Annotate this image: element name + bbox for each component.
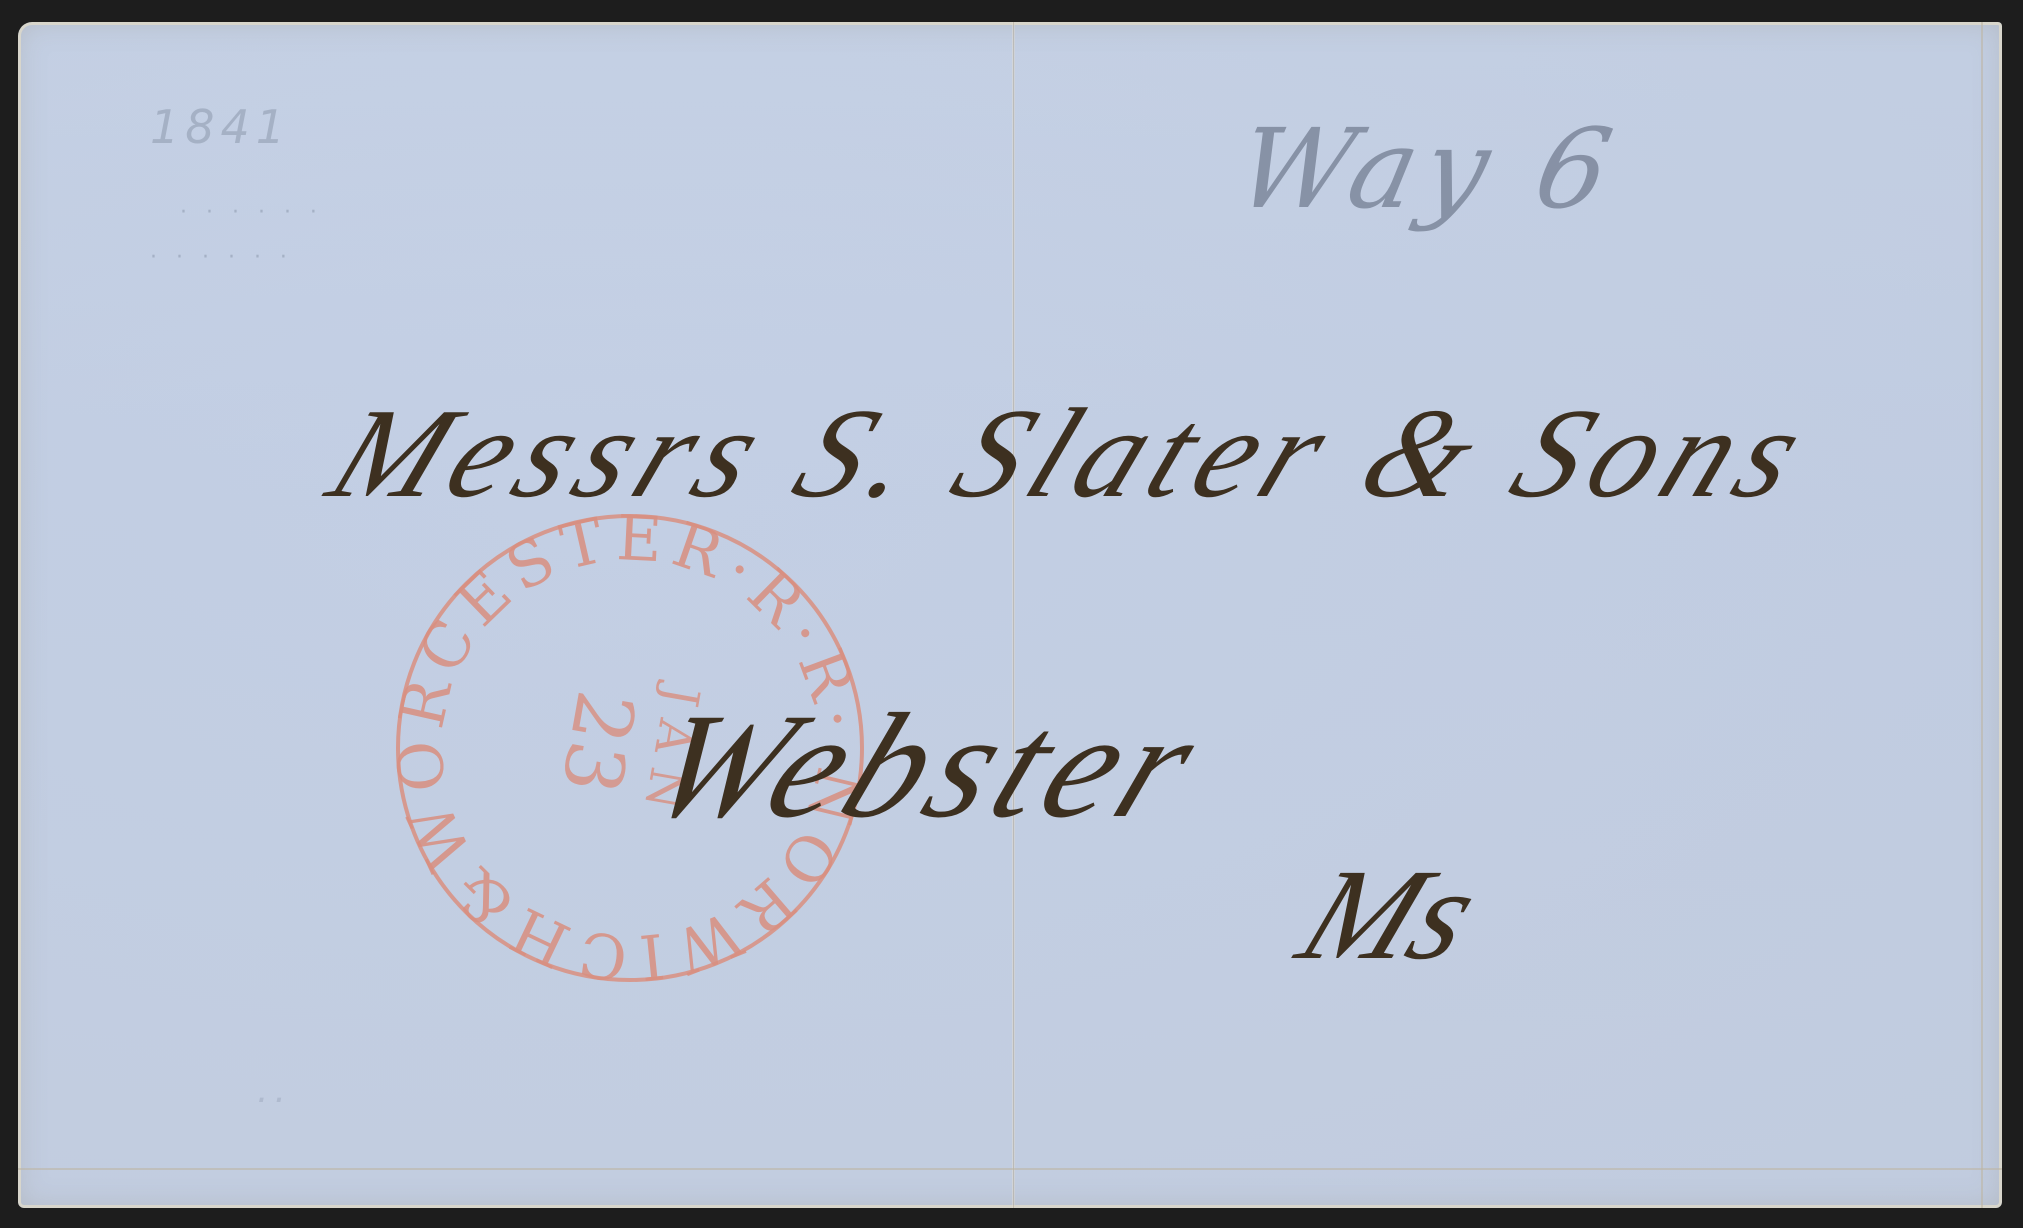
postmark-day: 23 xyxy=(543,684,652,800)
pencil-bottom-note: ·· xyxy=(255,1080,290,1121)
vertical-fold-line xyxy=(1012,22,1015,1208)
way-marking: Way 6 xyxy=(1226,105,1629,233)
right-fold-line xyxy=(1981,22,1983,1208)
pencil-note-line-1: · · · · · · xyxy=(180,200,323,225)
address-addressee: Messrs S. Slater & Sons xyxy=(310,380,1833,527)
address-town: Webster xyxy=(625,680,1228,852)
pencil-year-note: 1841 xyxy=(150,100,291,154)
bottom-fold-line xyxy=(18,1168,2002,1170)
pencil-note-line-2: · · · · · · xyxy=(150,245,293,270)
